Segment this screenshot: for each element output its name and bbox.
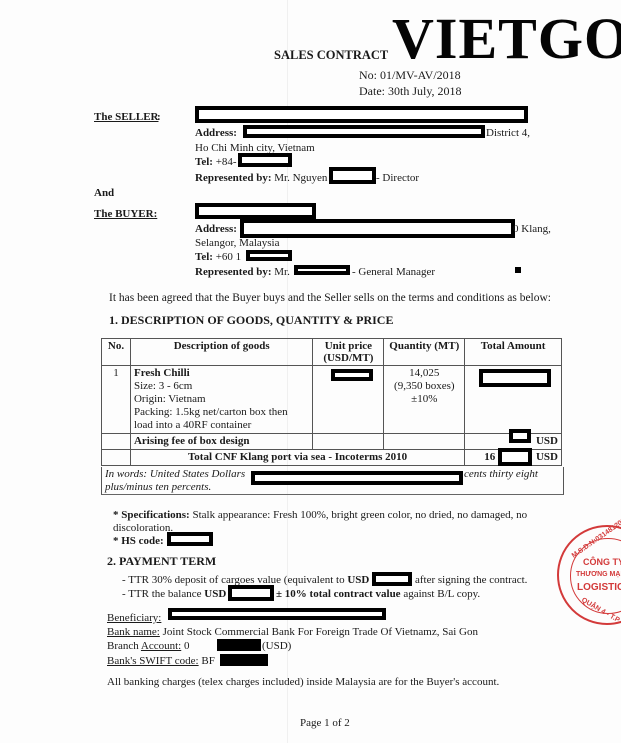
redacted-seller-tel xyxy=(238,153,292,167)
seller-representative: Represented by: Mr. Nguyen xyxy=(195,172,327,184)
seller-rep-role: - Director xyxy=(376,172,419,184)
total-amount: 16 USD xyxy=(465,450,562,466)
row-total xyxy=(465,366,562,434)
contract-date: Date: 30th July, 2018 xyxy=(359,84,462,99)
fee-row: Arising fee of box design USD xyxy=(102,434,562,450)
buyer-address-tail: 0 Klang, xyxy=(513,223,551,235)
table-header-row: No. Description of goods Unit price (USD… xyxy=(102,339,562,366)
section1-heading: 1. DESCRIPTION OF GOODS, QUANTITY & PRIC… xyxy=(109,313,393,328)
col-unit-price: Unit price (USD/MT) xyxy=(313,339,384,366)
specifications-cont: discoloration. xyxy=(113,522,173,534)
account-currency: (USD) xyxy=(262,640,291,652)
goods-table: No. Description of goods Unit price (USD… xyxy=(101,338,562,466)
specifications: * Specifications: Stalk appearance: Fres… xyxy=(113,509,527,521)
beneficiary-label: Beneficiary: xyxy=(107,612,161,624)
contract-number: No: 01/MV-AV/2018 xyxy=(359,68,461,83)
redacted-amount-words xyxy=(251,471,463,485)
row-description: Fresh Chilli Size: 3 - 6cm Origin: Vietn… xyxy=(130,366,312,434)
redacted-buyer-tel xyxy=(246,250,292,261)
redacted-balance xyxy=(228,585,274,601)
row-no: 1 xyxy=(102,366,131,434)
redacted-deposit xyxy=(372,572,412,586)
and-text: And xyxy=(94,187,114,199)
total-label: Total CNF Klang port via sea - Incoterms… xyxy=(130,450,464,466)
col-description: Description of goods xyxy=(130,339,312,366)
hs-code-label: * HS code: xyxy=(113,535,164,547)
redacted-swift xyxy=(220,654,268,666)
swift-code: Bank's SWIFT code: BF xyxy=(107,655,215,667)
redacted-seller-address xyxy=(243,125,485,138)
redacted-beneficiary xyxy=(168,608,386,620)
redacted-seller-name xyxy=(195,106,528,123)
redacted-buyer-rep xyxy=(294,265,350,275)
buyer-representative: Represented by: Mr. xyxy=(195,266,290,278)
redacted-buyer-address xyxy=(240,219,515,238)
buyer-tel: Tel: +60 1 xyxy=(195,251,241,263)
redacted-unit-price xyxy=(331,369,373,381)
payment-line-2: - TTR the balance USD xyxy=(122,588,226,600)
table-row: 1 Fresh Chilli Size: 3 - 6cm Origin: Vie… xyxy=(102,366,562,434)
redacted-total xyxy=(479,369,551,387)
section2-heading: 2. PAYMENT TERM xyxy=(107,554,216,569)
buyer-rep-role: - General Manager xyxy=(352,266,435,278)
redacted-grand-total xyxy=(498,448,532,466)
branch-account: Branch Account: 0 xyxy=(107,640,190,652)
col-total: Total Amount xyxy=(465,339,562,366)
seller-tel: Tel: +84- xyxy=(195,156,237,168)
redacted-hs-code xyxy=(167,532,213,546)
row-unit-price xyxy=(313,366,384,434)
seller-label: The SELLER xyxy=(94,111,159,123)
col-no: No. xyxy=(102,339,131,366)
seller-address: Address: xyxy=(195,127,237,139)
col-quantity: Quantity (MT) xyxy=(384,339,465,366)
bank-name: Bank name: Joint Stock Commercial Bank F… xyxy=(107,626,478,638)
redacted-buyer-name xyxy=(195,203,316,219)
redacted-fee xyxy=(509,429,531,443)
fee-label: Arising fee of box design xyxy=(130,434,312,450)
redacted-seller-rep xyxy=(329,167,376,184)
buyer-label: The BUYER: xyxy=(94,208,157,220)
vietgo-logo: VIETGO xyxy=(392,10,621,68)
buyer-address-label: Address: xyxy=(195,223,237,235)
seller-address-tail: District 4, xyxy=(486,127,530,139)
total-row: Total CNF Klang port via sea - Incoterms… xyxy=(102,450,562,466)
payment-line-1-tail: after signing the contract. xyxy=(415,574,527,586)
company-stamp: M.S.D.N:031481209 CÔNG TY THƯƠNG MẠI LOG… xyxy=(557,525,621,625)
document-title: SALES CONTRACT xyxy=(274,48,388,63)
page-number: Page 1 of 2 xyxy=(300,717,350,729)
row-quantity: 14,025 (9,350 boxes) ±10% xyxy=(384,366,465,434)
redacted-account xyxy=(217,639,261,651)
buyer-address-line2: Selangor, Malaysia xyxy=(195,237,279,249)
payment-line-2-tail: ± 10% total contract value against B/L c… xyxy=(276,588,480,600)
scan-mark xyxy=(515,267,521,273)
seller-label-colon: : xyxy=(157,111,161,123)
agreement-text: It has been agreed that the Buyer buys a… xyxy=(109,292,551,304)
banking-charges-note: All banking charges (telex charges inclu… xyxy=(107,676,499,688)
